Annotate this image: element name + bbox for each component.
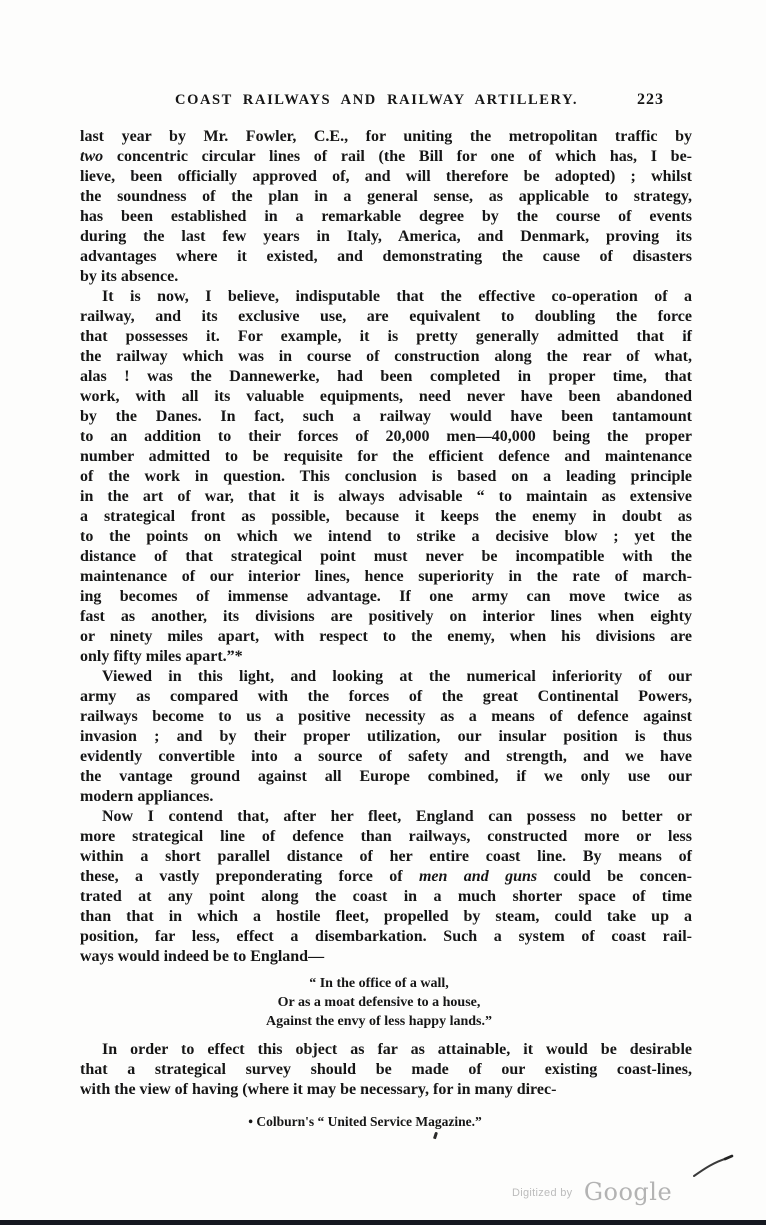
text-segment: by the Danes. In fact, such a railway wo… — [80, 408, 692, 425]
text-segment: number admitted to be requisite for the … — [80, 448, 692, 465]
text-line: alas ! was the Dannewerke, had been comp… — [80, 367, 692, 387]
text-line: distance of that strategical point must … — [80, 547, 692, 567]
text-segment: position, far less, effect a disembarkat… — [80, 928, 692, 945]
text-line: railway, and its exclusive use, are equi… — [80, 307, 692, 327]
text-line: trated at any point along the coast in a… — [80, 887, 692, 907]
watermark-space — [576, 1187, 579, 1199]
text-line: evidently convertible into a source of s… — [80, 747, 692, 767]
text-segment: in the art of war, that it is always adv… — [80, 488, 692, 505]
text-segment: maintenance of our interior lines, hence… — [80, 568, 692, 585]
text-line: army as compared with the forces of the … — [80, 687, 692, 707]
text-segment: only fifty miles apart.”* — [80, 648, 243, 665]
verse-line: Against the envy of less happy lands.” — [80, 1012, 678, 1031]
text-line: a strategical front as possible, because… — [80, 507, 692, 527]
text-segment: railway, and its exclusive use, are equi… — [80, 308, 692, 325]
text-segment: evidently convertible into a source of s… — [80, 748, 692, 765]
text-line: to the points on which we intend to stri… — [80, 527, 692, 547]
text-segment: It is now, I believe, indisputable that … — [102, 288, 692, 305]
italic-text: men and guns — [419, 868, 537, 885]
stray-ink-mark — [433, 1132, 438, 1140]
text-line: that possesses it. For example, it is pr… — [80, 327, 692, 347]
text-line: or ninety miles apart, with respect to t… — [80, 627, 692, 647]
paragraph: It is now, I believe, indisputable that … — [80, 287, 692, 667]
text-segment: ways would indeed be to England— — [80, 948, 324, 965]
scan-edge — [0, 1220, 766, 1225]
paragraph-group-bottom: In order to effect this object as far as… — [80, 1040, 692, 1100]
text-line: the railway which was in course of const… — [80, 347, 692, 367]
text-line: Viewed in this light, and looking at the… — [80, 667, 692, 687]
paragraph: Now I contend that, after her fleet, Eng… — [80, 807, 692, 967]
text-line: that a strategical survey should be made… — [80, 1060, 692, 1080]
text-line: Now I contend that, after her fleet, Eng… — [80, 807, 692, 827]
paragraph: Viewed in this light, and looking at the… — [80, 667, 692, 807]
text-segment: with the view of having (where it may be… — [80, 1081, 556, 1098]
text-segment: the vantage ground against all Europe co… — [80, 768, 692, 785]
text-segment: lieve, been officially approved of, and … — [80, 168, 692, 185]
paragraph-group-top: last year by Mr. Fowler, C.E., for uniti… — [80, 127, 692, 967]
scanned-book-page: COAST RAILWAYS AND RAILWAY ARTILLERY. 22… — [0, 0, 766, 1225]
text-segment: during the last few years in Italy, Amer… — [80, 228, 692, 245]
text-line: by its absence. — [80, 267, 692, 287]
text-line: last year by Mr. Fowler, C.E., for uniti… — [80, 127, 692, 147]
text-segment: In order to effect this object as far as… — [102, 1041, 692, 1058]
text-line: the vantage ground against all Europe co… — [80, 767, 692, 787]
text-segment: within a short parallel distance of her … — [80, 848, 692, 865]
text-segment: of the work in question. This conclusion… — [80, 468, 692, 485]
text-line: number admitted to be requisite for the … — [80, 447, 692, 467]
verse-quotation: “ In the office of a wall, Or as a moat … — [80, 974, 692, 1031]
text-line: work, with all its valuable equipments, … — [80, 387, 692, 407]
text-segment: fast as another, its divisions are posit… — [80, 608, 692, 625]
text-line: these, a vastly preponderating force of … — [80, 867, 692, 887]
text-line: by the Danes. In fact, such a railway wo… — [80, 407, 692, 427]
text-segment: that a strategical survey should be made… — [80, 1061, 692, 1078]
text-line: lieve, been officially approved of, and … — [80, 167, 692, 187]
text-line: during the last few years in Italy, Amer… — [80, 227, 692, 247]
google-logo: Google — [584, 1178, 672, 1206]
text-segment: these, a vastly preponderating force of — [80, 868, 419, 885]
text-line: the soundness of the plan in a general s… — [80, 187, 692, 207]
text-line: than that in which a hostile fleet, prop… — [80, 907, 692, 927]
italic-text: two — [80, 148, 103, 165]
page-title: COAST RAILWAYS AND RAILWAY ARTILLERY. — [175, 92, 578, 109]
digitized-by-google-watermark: Digitized by Google — [512, 1178, 672, 1206]
text-line: has been established in a remarkable deg… — [80, 207, 692, 227]
text-line: of the work in question. This conclusion… — [80, 467, 692, 487]
text-line: to an addition to their forces of 20,000… — [80, 427, 692, 447]
text-segment: alas ! was the Dannewerke, had been comp… — [80, 368, 692, 385]
text-line: in the art of war, that it is always adv… — [80, 487, 692, 507]
text-segment: than that in which a hostile fleet, prop… — [80, 908, 692, 925]
text-line: with the view of having (where it may be… — [80, 1080, 692, 1100]
text-line: fast as another, its divisions are posit… — [80, 607, 692, 627]
footnote: • Colburn's “ United Service Magazine.” — [80, 1112, 692, 1132]
text-line: only fifty miles apart.”* — [80, 647, 692, 667]
paragraph: last year by Mr. Fowler, C.E., for uniti… — [80, 127, 692, 287]
text-segment: or ninety miles apart, with respect to t… — [80, 628, 692, 645]
text-line: more strategical line of defence than ra… — [80, 827, 692, 847]
text-segment: Now I contend that, after her fleet, Eng… — [102, 808, 692, 825]
text-segment: to the points on which we intend to stri… — [80, 528, 692, 545]
text-line: In order to effect this object as far as… — [80, 1040, 692, 1060]
text-segment: Viewed in this light, and looking at the… — [102, 668, 692, 685]
text-line: ways would indeed be to England— — [80, 947, 692, 967]
text-segment: the soundness of the plan in a general s… — [80, 188, 692, 205]
text-segment: railways become to us a positive necessi… — [80, 708, 692, 725]
text-segment: work, with all its valuable equipments, … — [80, 388, 692, 405]
text-line: within a short parallel distance of her … — [80, 847, 692, 867]
text-line: It is now, I believe, indisputable that … — [80, 287, 692, 307]
verse-line: Or as a moat defensive to a house, — [80, 993, 678, 1012]
text-segment: concentric circular lines of rail (the B… — [103, 148, 692, 165]
text-segment: a strategical front as possible, because… — [80, 508, 692, 525]
pencil-mark — [692, 1152, 736, 1180]
text-segment: the railway which was in course of const… — [80, 348, 692, 365]
text-line: advantages where it existed, and demonst… — [80, 247, 692, 267]
text-segment: to an addition to their forces of 20,000… — [80, 428, 692, 445]
text-segment: advantages where it existed, and demonst… — [80, 248, 692, 265]
text-line: ing becomes of immense advantage. If one… — [80, 587, 692, 607]
text-segment: invasion ; and by their proper utilizati… — [80, 728, 692, 745]
watermark-prefix: Digitized by — [512, 1187, 572, 1199]
text-segment: ing becomes of immense advantage. If one… — [80, 588, 692, 605]
text-segment: distance of that strategical point must … — [80, 548, 692, 565]
text-line: railways become to us a positive necessi… — [80, 707, 692, 727]
text-segment: last year by Mr. Fowler, C.E., for uniti… — [80, 128, 692, 145]
paragraph: In order to effect this object as far as… — [80, 1040, 692, 1100]
text-line: two concentric circular lines of rail (t… — [80, 147, 692, 167]
text-segment: by its absence. — [80, 268, 178, 285]
text-segment: that possesses it. For example, it is pr… — [80, 328, 692, 345]
page-body: last year by Mr. Fowler, C.E., for uniti… — [80, 127, 692, 1132]
verse-line: “ In the office of a wall, — [80, 974, 678, 993]
text-segment: army as compared with the forces of the … — [80, 688, 692, 705]
text-segment: modern appliances. — [80, 788, 213, 805]
text-line: modern appliances. — [80, 787, 692, 807]
text-line: maintenance of our interior lines, hence… — [80, 567, 692, 587]
text-segment: trated at any point along the coast in a… — [80, 888, 692, 905]
page-number: 223 — [637, 91, 664, 109]
text-line: position, far less, effect a disembarkat… — [80, 927, 692, 947]
running-header: COAST RAILWAYS AND RAILWAY ARTILLERY. 22… — [80, 92, 692, 114]
text-segment: more strategical line of defence than ra… — [80, 828, 692, 845]
text-line: invasion ; and by their proper utilizati… — [80, 727, 692, 747]
text-segment: could be concen- — [537, 868, 692, 885]
text-segment: has been established in a remarkable deg… — [80, 208, 692, 225]
